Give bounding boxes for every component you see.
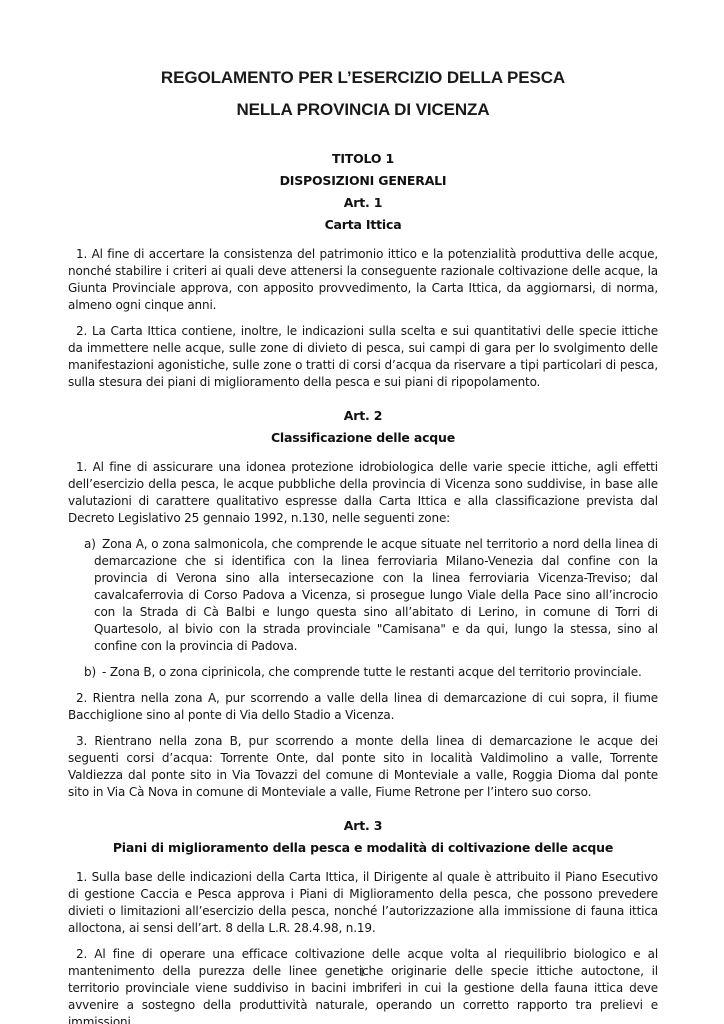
list-item-a-text: Zona A, o zona salmonicola, che comprend… — [94, 537, 658, 653]
article-1-paragraph-2: 2. La Carta Ittica contiene, inoltre, le… — [68, 323, 658, 391]
article-3-body: 1. Sulla base delle indicazioni della Ca… — [68, 869, 658, 1024]
article-3-paragraph-2: 2. Al fine di operare una efficace colti… — [68, 946, 658, 1024]
article-2-header: Art. 2 Classificazione delle acque — [68, 405, 658, 449]
article-1-title: Carta Ittica — [68, 214, 658, 236]
article-3-number: Art. 3 — [68, 815, 658, 837]
article-2-title: Classificazione delle acque — [68, 427, 658, 449]
article-3-header: Art. 3 Piani di miglioramento della pesc… — [68, 815, 658, 859]
article-2-list-item-a: a)Zona A, o zona salmonicola, che compre… — [68, 536, 658, 655]
article-1: Art. 1 Carta Ittica 1. Al fine di accert… — [68, 192, 658, 391]
page-content: REGOLAMENTO PER L’ESERCIZIO DELLA PESCA … — [0, 0, 724, 1024]
article-2-list-item-b: b)- Zona B, o zona ciprinicola, che comp… — [68, 664, 658, 681]
article-3-title: Piani di miglioramento della pesca e mod… — [68, 837, 658, 859]
article-2-paragraph-2: 2. Rientra nella zona A, pur scorrendo a… — [68, 690, 658, 724]
document-page: REGOLAMENTO PER L’ESERCIZIO DELLA PESCA … — [0, 0, 724, 1024]
list-marker-b: b) — [84, 664, 102, 681]
article-3-paragraph-1: 1. Sulla base delle indicazioni della Ca… — [68, 869, 658, 937]
page-number: 1 — [359, 964, 366, 979]
article-2: Art. 2 Classificazione delle acque 1. Al… — [68, 405, 658, 801]
list-marker-a: a) — [84, 536, 102, 553]
article-1-header: Art. 1 Carta Ittica — [68, 192, 658, 236]
article-1-paragraph-1: 1. Al fine di accertare la consistenza d… — [68, 246, 658, 314]
titolo-heading: DISPOSIZIONI GENERALI — [68, 170, 658, 192]
article-1-number: Art. 1 — [68, 192, 658, 214]
document-title-line1: REGOLAMENTO PER L’ESERCIZIO DELLA PESCA — [68, 62, 658, 94]
document-title-line2: NELLA PROVINCIA DI VICENZA — [68, 94, 658, 126]
document-title: REGOLAMENTO PER L’ESERCIZIO DELLA PESCA … — [68, 62, 658, 126]
article-3: Art. 3 Piani di miglioramento della pesc… — [68, 815, 658, 1024]
article-2-body: 1. Al fine di assicurare una idonea prot… — [68, 459, 658, 801]
list-item-b-text: - Zona B, o zona ciprinicola, che compre… — [102, 665, 642, 679]
article-2-paragraph-3: 3. Rientrano nella zona B, pur scorrendo… — [68, 733, 658, 801]
page-footer: 1 — [0, 964, 724, 980]
article-2-intro: 1. Al fine di assicurare una idonea prot… — [68, 459, 658, 527]
titolo-block: TITOLO 1 DISPOSIZIONI GENERALI — [68, 148, 658, 192]
article-1-body: 1. Al fine di accertare la consistenza d… — [68, 246, 658, 391]
article-2-number: Art. 2 — [68, 405, 658, 427]
titolo-label: TITOLO 1 — [68, 148, 658, 170]
